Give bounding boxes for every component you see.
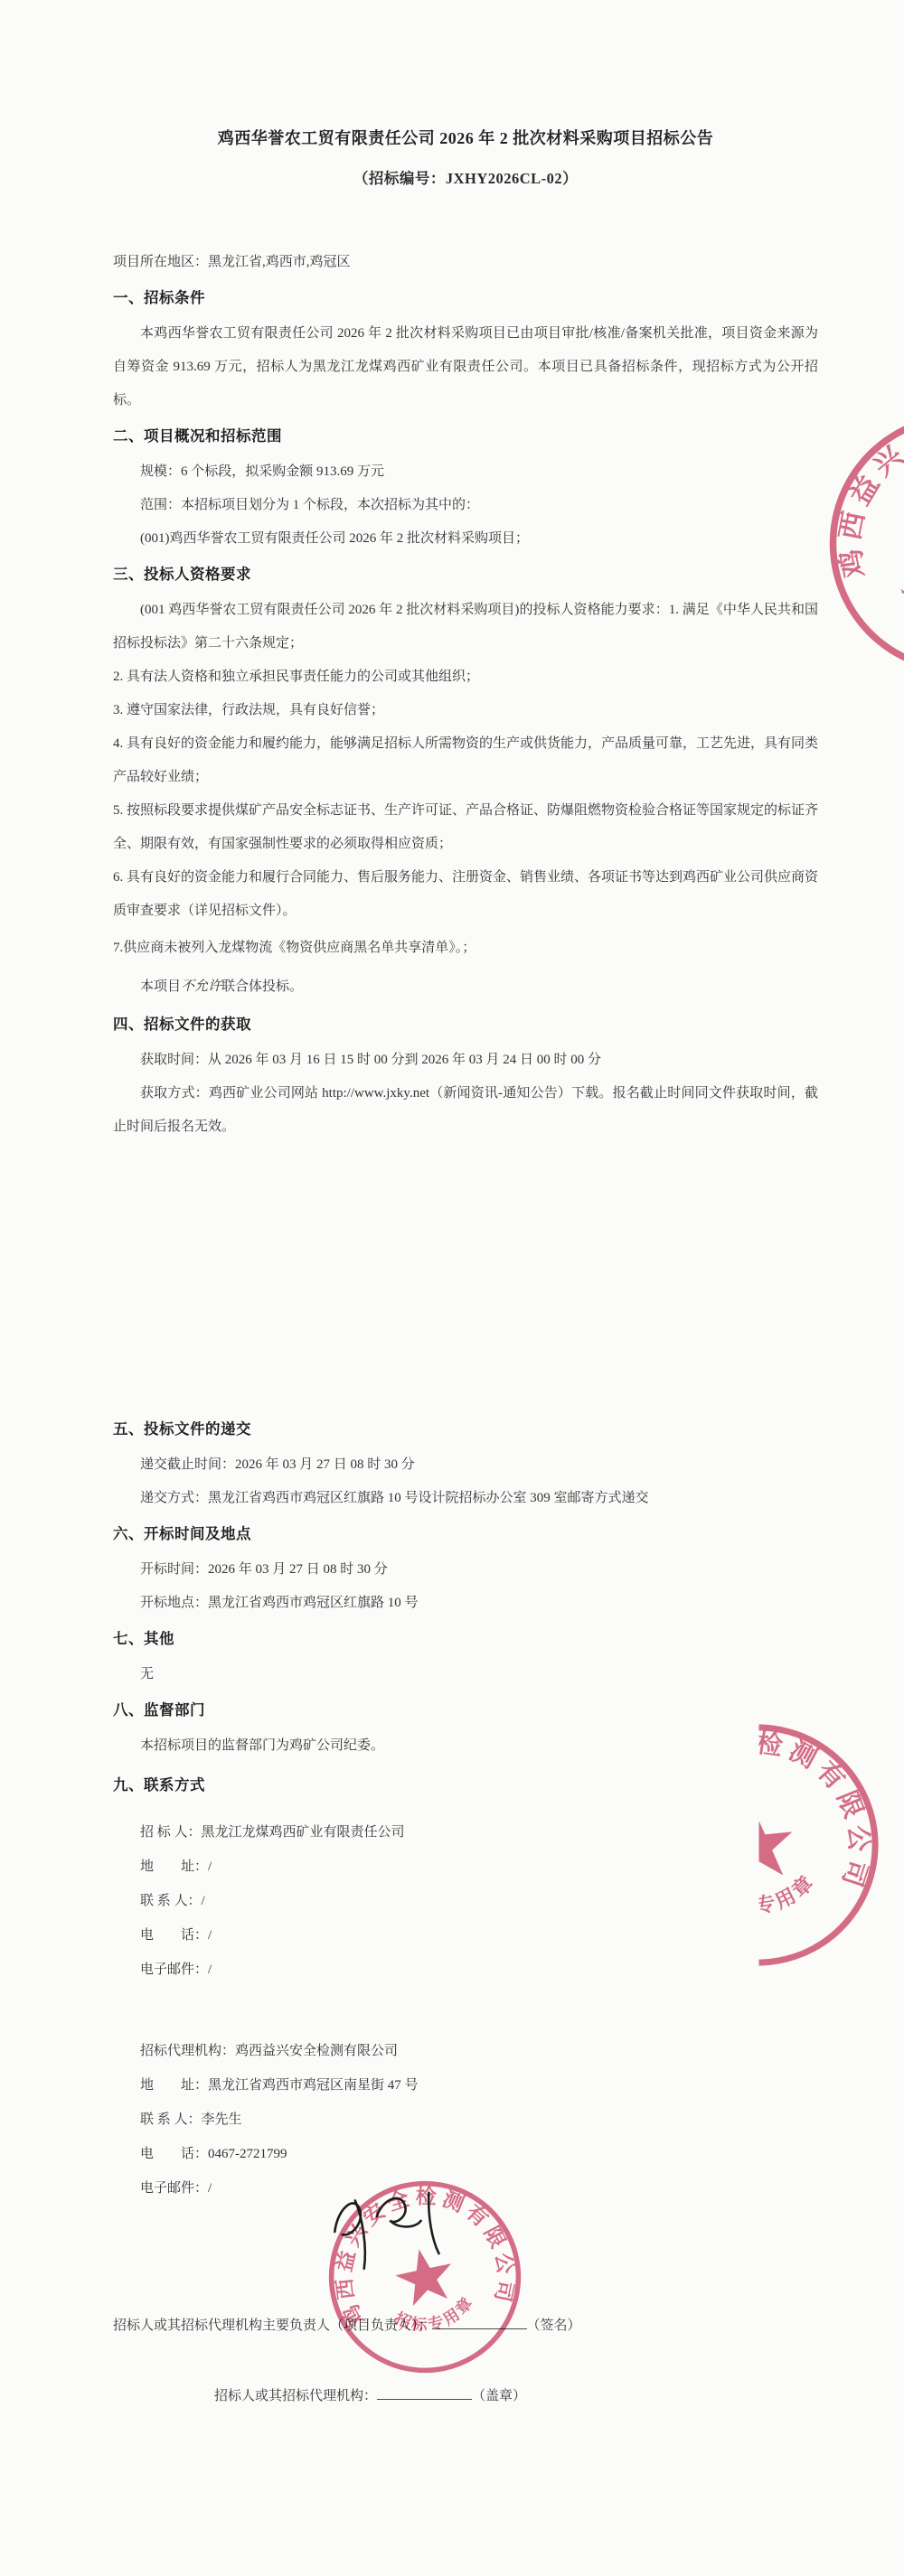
section-2-heading: 二、项目概况和招标范围 [113,419,818,454]
email-label: 电子邮件： [140,1962,208,1977]
page-blank-gap [113,1144,818,1410]
signature-line-agency: 招标人或其招标代理机构：（盖章） [113,2380,818,2413]
agency-contact-block: 招标代理机构：鸡西益兴安全检测有限公司 地 址：黑龙江省鸡西市鸡冠区南星街 47… [113,2034,818,2206]
agency-phone-label: 电 话： [140,2147,208,2161]
agency-contact-person-value: 李先生 [202,2112,242,2127]
agency-address-row: 地 址：黑龙江省鸡西市鸡冠区南星街 47 号 [113,2068,818,2103]
agency-contact-person-label: 联 系 人： [140,2112,202,2127]
section-7-heading: 七、其他 [113,1622,818,1656]
qualification-item-5: 5. 按照标段要求提供煤矿产品安全标志证书、生产许可证、产品合格证、防爆阻燃物资… [113,794,818,861]
address-value: / [208,1859,212,1874]
section-5-heading: 五、投标文件的递交 [113,1412,818,1447]
qualification-item-4: 4. 具有良好的资金能力和履约能力，能够满足招标人所需物资的生产或供货能力，产品… [113,727,818,794]
submission-deadline: 递交截止时间：2026 年 03 月 27 日 08 时 30 分 [113,1448,818,1482]
signature1-blank-line [432,2316,527,2329]
section-9-heading: 九、联系方式 [113,1768,818,1803]
note-suffix: 联合体投标。 [221,979,303,994]
note-emphasis: 不允许 [181,979,221,994]
section-2-scale-line: 规模：6 个标段，拟采购金额 913.69 万元 [113,455,818,489]
signature1-label: 招标人或其招标代理机构主要负责人（项目负责人）： [113,2318,432,2333]
agency-email-label: 电子邮件： [140,2181,208,2196]
section-2-lot-item: (001)鸡西华誉农工贸有限责任公司 2026 年 2 批次材料采购项目； [113,522,818,556]
bid-opening-place: 开标地点：黑龙江省鸡西市鸡冠区红旗路 10 号 [113,1587,818,1620]
tender-number-subtitle: （招标编号：JXHY2026CL-02） [113,166,818,192]
section-3-heading: 三、投标人资格要求 [113,557,818,592]
agency-email-value: / [208,2181,212,2196]
qualification-item-2: 2. 具有法人资格和独立承担民事责任能力的公司或其他组织； [113,660,818,694]
contact-person-value: / [202,1894,205,1908]
signature2-blank-line [377,2386,472,2400]
tenderer-row: 招 标 人：黑龙江龙煤鸡西矿业有限责任公司 [113,1815,818,1850]
agency-phone-value: 0467-2721799 [208,2147,287,2161]
tenderer-value: 黑龙江龙煤鸡西矿业有限责任公司 [202,1825,405,1840]
bid-opening-time: 开标时间：2026 年 03 月 27 日 08 时 30 分 [113,1553,818,1587]
agency-contactperson-row: 联 系 人：李先生 [113,2103,818,2137]
qualification-item-3: 3. 遵守国家法律，行政法规，具有良好信誉； [113,694,818,727]
section-2-scope-line: 范围：本招标项目划分为 1 个标段，本次招标为其中的： [113,489,818,522]
project-region-line: 项目所在地区：黑龙江省,鸡西市,鸡冠区 [113,246,818,279]
tenderer-email-row: 电子邮件：/ [113,1953,818,1987]
tenderer-contactperson-row: 联 系 人：/ [113,1884,818,1918]
email-value: / [208,1962,212,1977]
submission-method: 递交方式：黑龙江省鸡西市鸡冠区红旗路 10 号设计院招标办公室 309 室邮寄方… [113,1482,818,1515]
phone-value: / [208,1928,212,1943]
tenderer-label: 招 标 人： [140,1825,202,1840]
tenderer-contact-block: 招 标 人：黑龙江龙煤鸡西矿业有限责任公司 地 址：/ 联 系 人：/ 电 话：… [113,1815,818,1987]
qualification-item-6: 6. 具有良好的资金能力和履行合同能力、售后服务能力、注册资金、销售业绩、各项证… [113,861,818,928]
agency-value: 鸡西益兴安全检测有限公司 [235,2044,398,2058]
qualification-item-7: 7.供应商未被列入龙煤物流《物资供应商黑名单共享清单》。； [113,932,818,965]
agency-address-value: 黑龙江省鸡西市鸡冠区南星街 47 号 [208,2078,419,2093]
section-8-body: 本招标项目的监督部门为鸡矿公司纪委。 [113,1729,818,1763]
scanned-tender-announcement-page: 鸡西华誉农工贸有限责任公司 2026 年 2 批次材料采购项目招标公告 （招标编… [0,0,904,2576]
agency-row: 招标代理机构：鸡西益兴安全检测有限公司 [113,2034,818,2068]
section-6-heading: 六、开标时间及地点 [113,1517,818,1551]
section-4-heading: 四、招标文件的获取 [113,1007,818,1042]
section-1-heading: 一、招标条件 [113,281,818,315]
section-8-heading: 八、监督部门 [113,1693,818,1728]
signature-line-responsible-person: 招标人或其招标代理机构主要负责人（项目负责人）：（签名） [113,2309,818,2343]
section-3-intro: (001 鸡西华誉农工贸有限责任公司 2026 年 2 批次材料采购项目)的投标… [113,594,818,660]
agency-email-row: 电子邮件：/ [113,2171,818,2206]
tenderer-phone-row: 电 话：/ [113,1918,818,1953]
signature2-label: 招标人或其招标代理机构： [214,2389,377,2403]
signature1-suffix: （签名） [527,2318,581,2333]
section-1-paragraph: 本鸡西华誉农工贸有限责任公司 2026 年 2 批次材料采购项目已由项目审批/核… [113,317,818,417]
document-obtain-time: 获取时间：从 2026 年 03 月 16 日 15 时 00 分到 2026 … [113,1044,818,1077]
page-title: 鸡西华誉农工贸有限责任公司 2026 年 2 批次材料采购项目招标公告 [113,125,818,152]
agency-phone-row: 电 话：0467-2721799 [113,2137,818,2171]
document-body: 鸡西华誉农工贸有限责任公司 2026 年 2 批次材料采购项目招标公告 （招标编… [0,0,904,2413]
address-label: 地 址： [140,1859,208,1874]
agency-label: 招标代理机构： [140,2044,235,2058]
no-consortium-note: 本项目不允许联合体投标。 [113,970,818,1004]
section-7-body: 无 [113,1658,818,1691]
contact-person-label: 联 系 人： [140,1894,202,1908]
phone-label: 电 话： [140,1928,208,1943]
tenderer-address-row: 地 址：/ [113,1850,818,1884]
document-obtain-method: 获取方式：鸡西矿业公司网站 http://www.jxky.net（新闻资讯-通… [113,1077,818,1144]
signature2-suffix: （盖章） [472,2389,526,2403]
note-prefix: 本项目 [140,979,181,994]
agency-address-label: 地 址： [140,2078,208,2093]
